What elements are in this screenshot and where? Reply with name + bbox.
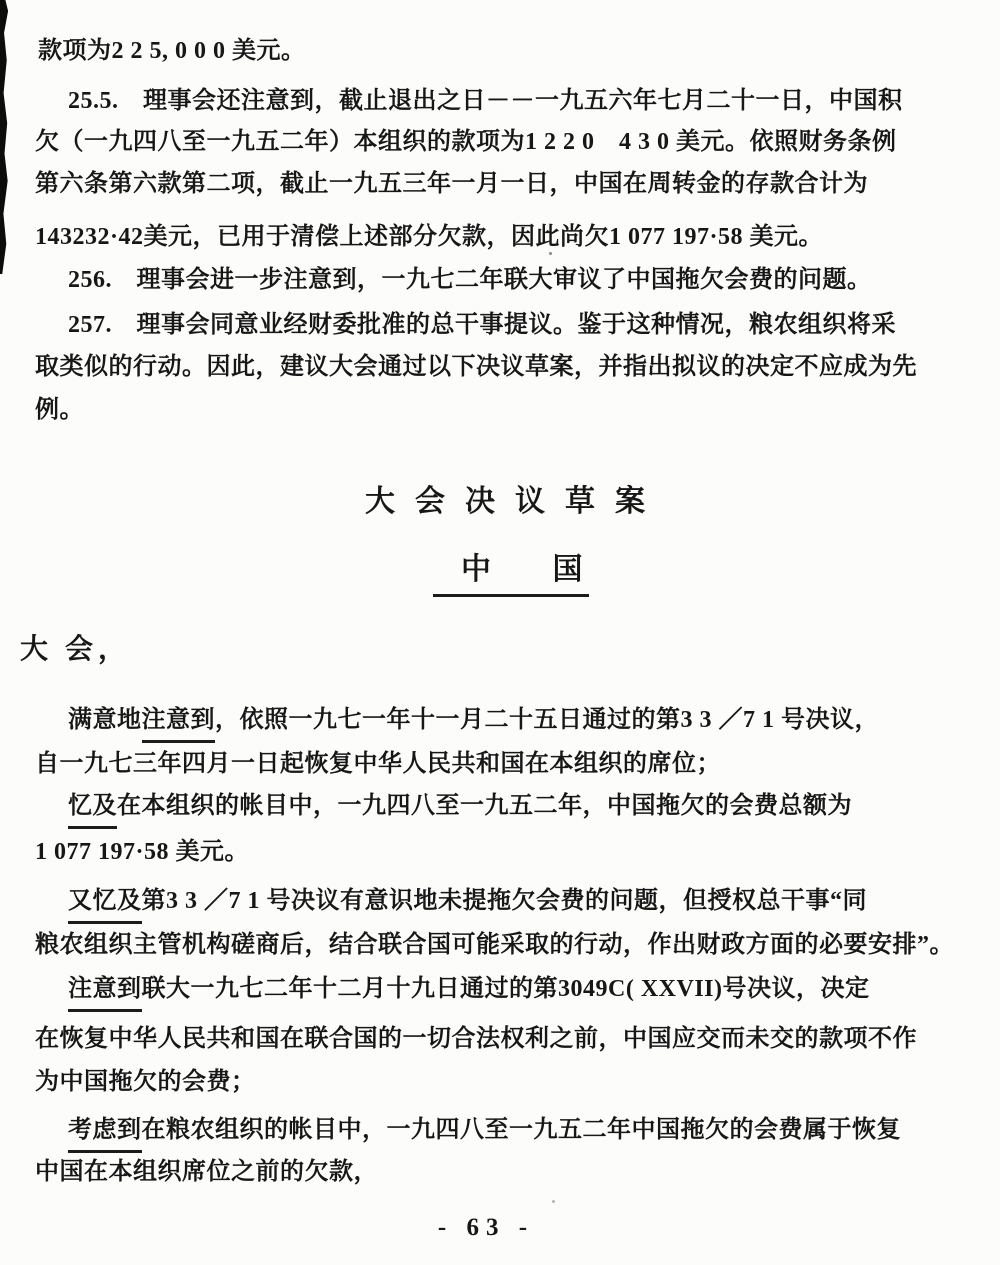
body-line: 考虑到在粮农组织的帐目中，一九四八至一九五二年中国拖欠的会费属于恢复 bbox=[68, 1114, 901, 1153]
body-line: 256. 理事会进一步注意到，一九七二年联大审议了中国拖欠会费的问题。 bbox=[68, 264, 872, 296]
body-line: 257. 理事会同意业经财委批准的总干事提议。鉴于这种情况，粮农组织将采 bbox=[68, 309, 896, 341]
body-line: 为中国拖欠的会费； bbox=[35, 1066, 256, 1098]
text-segment: 欠（一九四八至一九五二年）本组织的款项为1 2 2 0 4 3 0 美元。依照财… bbox=[35, 129, 897, 155]
text-segment: 第3 3 ／7 1 号决议有意识地未提拖欠会费的问题，但授权总干事“同 bbox=[142, 888, 868, 914]
text-segment: 大 会， bbox=[20, 634, 131, 665]
underlined-phrase: 又忆及 bbox=[68, 885, 142, 924]
underlined-phrase: 考虑到 bbox=[68, 1114, 142, 1153]
text-segment: 自一九七三年四月一日起恢复中华人民共和国在本组织的席位； bbox=[35, 751, 721, 777]
body-line: 自一九七三年四月一日起恢复中华人民共和国在本组织的席位； bbox=[35, 748, 721, 780]
text-segment: 大会决议草案 bbox=[365, 485, 665, 518]
text-segment: 款项为2 2 5, 0 0 0 美元。 bbox=[38, 38, 306, 64]
body-line: 款项为2 2 5, 0 0 0 美元。 bbox=[38, 35, 306, 67]
text-segment: 257. 理事会同意业经财委批准的总干事提议。鉴于这种情况，粮农组织将采 bbox=[68, 312, 896, 338]
body-line: 忆及在本组织的帐目中，一九四八至一九五二年，中国拖欠的会费总额为 bbox=[68, 790, 852, 829]
body-line: 欠（一九四八至一九五二年）本组织的款项为1 2 2 0 4 3 0 美元。依照财… bbox=[35, 126, 897, 158]
text-segment: 在粮农组织的帐目中，一九四八至一九五二年中国拖欠的会费属于恢复 bbox=[142, 1117, 902, 1143]
body-line: 取类似的行动。因此，建议大会通过以下决议草案，并指出拟议的决定不应成为先 bbox=[35, 351, 917, 383]
text-segment: 143232·42美元，已用于清偿上述部分欠款，因此尚欠1 077 197·58… bbox=[35, 224, 823, 250]
text-segment: 为中国拖欠的会费； bbox=[35, 1069, 256, 1095]
text-segment: 中国在本组织席位之前的欠款， bbox=[35, 1159, 378, 1185]
body-line: 中国在本组织席位之前的欠款， bbox=[35, 1156, 378, 1188]
body-line: 满意地注意到，依照一九七一年十一月二十五日通过的第3 3 ／7 1 号决议， bbox=[68, 704, 879, 743]
scan-speck bbox=[552, 1200, 555, 1203]
body-line: 注意到联大一九七二年十二月十九日通过的第3049C( XXVII)号决议，决定 bbox=[68, 973, 870, 1012]
country-heading: 中 国 bbox=[0, 554, 1000, 597]
text-segment: 1 077 197·58 美元。 bbox=[35, 839, 249, 865]
text-segment: 第六条第六款第二项，截止一九五三年一月一日，中国在周转金的存款合计为 bbox=[35, 171, 868, 197]
salutation: 大 会， bbox=[20, 634, 131, 666]
text-segment: 在本组织的帐目中，一九四八至一九五二年，中国拖欠的会费总额为 bbox=[117, 793, 852, 819]
body-line: 25.5. 理事会还注意到，截止退出之日－－一九五六年七月二十一日，中国积 bbox=[68, 85, 903, 117]
document-page: 款项为2 2 5, 0 0 0 美元。25.5. 理事会还注意到，截止退出之日－… bbox=[0, 0, 1000, 1265]
underlined-phrase: 注意到 bbox=[68, 973, 142, 1012]
text-segment: 25.5. 理事会还注意到，截止退出之日－－一九五六年七月二十一日，中国积 bbox=[68, 88, 903, 114]
underlined-phrase: 中 国 bbox=[433, 554, 589, 597]
scan-artifact-left-edge bbox=[0, 0, 9, 274]
section-heading: 大会决议草案 bbox=[0, 486, 1000, 518]
body-line: 143232·42美元，已用于清偿上述部分欠款，因此尚欠1 077 197·58… bbox=[35, 221, 823, 253]
text-segment: 例。 bbox=[35, 397, 84, 423]
text-segment: 取类似的行动。因此，建议大会通过以下决议草案，并指出拟议的决定不应成为先 bbox=[35, 354, 917, 380]
underlined-phrase: 注意到 bbox=[142, 704, 216, 743]
text-segment: ，依照一九七一年十一月二十五日通过的第3 3 ／7 1 号决议， bbox=[215, 707, 879, 733]
body-line: 又忆及第3 3 ／7 1 号决议有意识地未提拖欠会费的问题，但授权总干事“同 bbox=[68, 885, 867, 924]
body-line: 粮农组织主管机构磋商后，结合联合国可能采取的行动，作出财政方面的必要安排”。 bbox=[35, 929, 954, 961]
underlined-phrase: 忆及 bbox=[68, 790, 117, 829]
text-segment: - 63 - bbox=[438, 1214, 534, 1241]
page-number: - 63 - bbox=[0, 1212, 1000, 1244]
text-segment: 在恢复中华人民共和国在联合国的一切合法权利之前，中国应交而未交的款项不作 bbox=[35, 1026, 917, 1052]
text-segment: 粮农组织主管机构磋商后，结合联合国可能采取的行动，作出财政方面的必要安排”。 bbox=[35, 932, 954, 958]
text-segment: 256. 理事会进一步注意到，一九七二年联大审议了中国拖欠会费的问题。 bbox=[68, 267, 872, 293]
body-line: 在恢复中华人民共和国在联合国的一切合法权利之前，中国应交而未交的款项不作 bbox=[35, 1023, 917, 1055]
body-line: 1 077 197·58 美元。 bbox=[35, 836, 249, 868]
text-segment: 满意地 bbox=[68, 707, 142, 733]
body-line: 第六条第六款第二项，截止一九五三年一月一日，中国在周转金的存款合计为 bbox=[35, 168, 868, 200]
body-line: 例。 bbox=[35, 394, 84, 426]
text-segment: 联大一九七二年十二月十九日通过的第3049C( XXVII)号决议，决定 bbox=[142, 976, 870, 1002]
